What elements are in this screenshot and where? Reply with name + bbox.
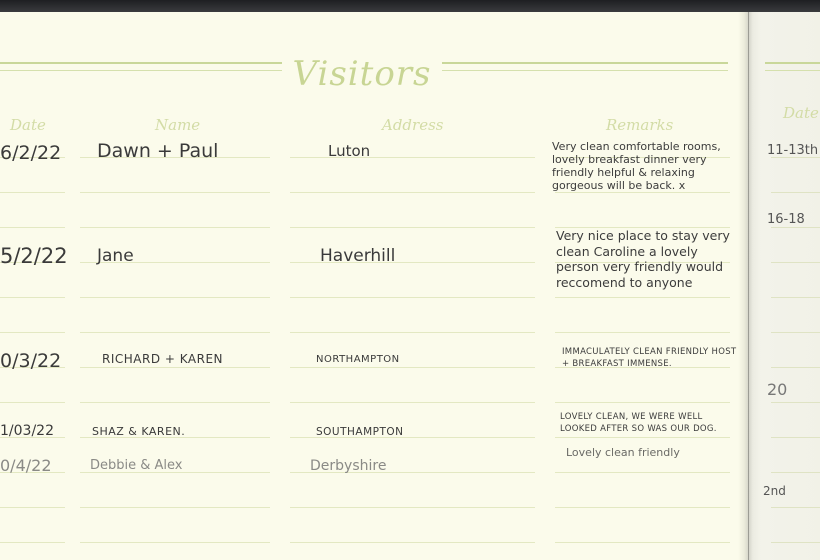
ruled-line — [771, 402, 820, 403]
ruled-line — [771, 297, 820, 298]
column-header-date: Date — [10, 116, 46, 134]
entry-name: Richard + Karen — [102, 352, 223, 366]
column-header-name: Name — [155, 116, 200, 134]
right-page-date: 16-18 — [767, 212, 805, 227]
right-page-date: 2nd — [763, 484, 786, 498]
ruled-line — [80, 507, 270, 508]
ruled-line — [555, 542, 730, 543]
title-rule-right-page — [765, 62, 820, 71]
scanner-edge — [0, 0, 820, 12]
ruled-line — [771, 542, 820, 543]
entry-date: 6/2/22 — [0, 142, 61, 164]
guestbook-right-page: Date 11-13th 16-18 20 2nd — [748, 12, 820, 560]
entry-address: Haverhill — [320, 246, 395, 266]
ruled-line — [771, 507, 820, 508]
entry-date: 0/4/22 — [0, 456, 52, 475]
ruled-line — [290, 402, 535, 403]
ruled-line — [80, 402, 270, 403]
ruled-line — [80, 192, 270, 193]
ruled-line — [290, 332, 535, 333]
entry-address: Derbyshire — [310, 458, 386, 474]
entry-address: Luton — [328, 142, 370, 160]
page-title: Visitors — [282, 54, 442, 94]
ruled-line — [555, 437, 730, 438]
ruled-line — [0, 332, 65, 333]
entry-remarks: Very clean comfortable rooms, lovely bre… — [552, 140, 732, 192]
ruled-line — [290, 367, 535, 368]
right-page-date: 11-13th — [767, 143, 818, 158]
ruled-line — [771, 192, 820, 193]
entry-remarks: Lovely clean friendly — [566, 446, 746, 459]
entry-name: Jane — [97, 246, 134, 266]
entry-remarks: Lovely clean, we were well looked after … — [560, 411, 740, 435]
entry-remarks: Very nice place to stay very clean Carol… — [556, 228, 732, 290]
ruled-line — [0, 297, 65, 298]
ruled-line — [555, 192, 730, 193]
entry-name: Dawn + Paul — [97, 140, 218, 162]
ruled-line — [771, 367, 820, 368]
book-gutter — [738, 12, 748, 560]
ruled-line — [771, 227, 820, 228]
right-page-date: 20 — [767, 380, 787, 399]
ruled-line — [0, 507, 65, 508]
column-header-address: Address — [382, 116, 443, 134]
guestbook-left-page: Visitors Date Name Address Remarks 6/2/2… — [0, 12, 748, 560]
entry-address: Northampton — [316, 354, 400, 365]
entry-date: 5/2/22 — [0, 244, 68, 268]
ruled-line — [290, 192, 535, 193]
ruled-line — [771, 332, 820, 333]
ruled-line — [80, 332, 270, 333]
ruled-line — [0, 542, 65, 543]
ruled-line — [555, 332, 730, 333]
ruled-line — [771, 472, 820, 473]
ruled-line — [290, 227, 535, 228]
ruled-line — [80, 297, 270, 298]
ruled-line — [290, 507, 535, 508]
title-rule-left — [0, 62, 282, 71]
ruled-line — [290, 157, 535, 158]
ruled-line — [555, 402, 730, 403]
ruled-line — [771, 262, 820, 263]
ruled-line — [290, 297, 535, 298]
ruled-line — [80, 542, 270, 543]
column-header-remarks: Remarks — [606, 116, 673, 134]
ruled-line — [80, 367, 270, 368]
ruled-line — [0, 402, 65, 403]
ruled-line — [0, 192, 65, 193]
ruled-line — [555, 297, 730, 298]
ruled-line — [80, 227, 270, 228]
entry-date: 1/03/22 — [0, 423, 54, 439]
title-rule-right — [442, 62, 728, 71]
ruled-line — [555, 472, 730, 473]
entry-address: Southampton — [316, 426, 404, 438]
ruled-line — [290, 542, 535, 543]
entry-name: Shaz & Karen. — [92, 425, 185, 438]
entry-name: Debbie & Alex — [90, 458, 183, 473]
right-column-header-date: Date — [783, 104, 819, 122]
ruled-line — [0, 227, 65, 228]
ruled-line — [555, 507, 730, 508]
entry-date: 0/3/22 — [0, 350, 61, 372]
ruled-line — [771, 437, 820, 438]
entry-remarks: Immaculately clean friendly host + break… — [562, 346, 742, 370]
